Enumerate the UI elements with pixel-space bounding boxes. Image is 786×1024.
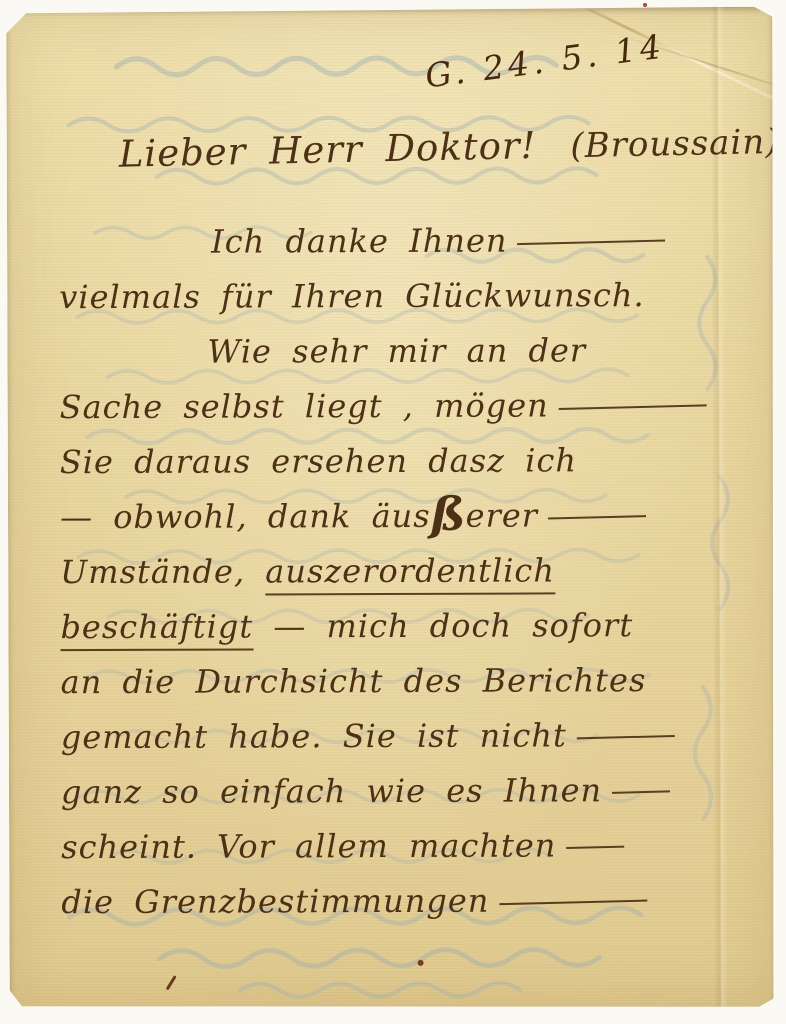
letter-text: Ich danke Ihnen bbox=[211, 222, 508, 261]
letter-text: ganz so einfach wie es Ihnen bbox=[61, 771, 602, 811]
pen-flourish bbox=[566, 846, 624, 849]
letter-page: G. 24. 5. 14 Lieber Herr Doktor!(Broussa… bbox=[6, 7, 775, 1010]
salutation-line: Lieber Herr Doktor!(Broussain) bbox=[118, 119, 780, 176]
letter-text: — obwohl, dank äus bbox=[60, 497, 431, 536]
letter-line: gemacht habe. Sie ist nicht bbox=[61, 708, 751, 765]
letter-text: — mich doch sofort bbox=[253, 606, 633, 645]
letter-line: Umstände, auszerordentlich bbox=[60, 543, 750, 600]
letter-text: an die Durchsicht des Berichtes bbox=[61, 661, 647, 701]
pen-flourish bbox=[499, 900, 647, 906]
letter-line: vielmals für Ihren Glückwunsch. bbox=[59, 268, 749, 325]
letter-line: Sie daraus ersehen dasz ich bbox=[60, 433, 750, 490]
letter-text: Wie sehr mir an der bbox=[207, 331, 586, 370]
pen-flourish bbox=[517, 239, 665, 245]
letter-text: scheint. Vor allem machten bbox=[61, 826, 556, 866]
letter-line: scheint. Vor allem machten bbox=[61, 818, 751, 875]
letter-text: vielmals für Ihren Glückwunsch. bbox=[59, 276, 645, 316]
letter-text: Sache selbst liegt , mögen bbox=[60, 386, 549, 426]
scan-background: G. 24. 5. 14 Lieber Herr Doktor!(Broussa… bbox=[0, 0, 786, 1024]
letter-text: Sie daraus ersehen dasz ich bbox=[60, 441, 577, 481]
ink-speck bbox=[166, 975, 177, 990]
letter-body: Ich danke Ihnenvielmals für Ihren Glückw… bbox=[59, 213, 751, 930]
pen-flourish bbox=[559, 404, 707, 410]
letter-date: G. 24. 5. 14 bbox=[423, 27, 667, 96]
letter-line: beschäftigt — mich doch sofort bbox=[60, 598, 750, 655]
salutation: Lieber Herr Doktor! bbox=[118, 124, 537, 176]
pen-flourish bbox=[612, 790, 670, 793]
letter-line: Wie sehr mir an der bbox=[59, 323, 749, 380]
letter-line: Sache selbst liegt , mögen bbox=[60, 378, 750, 435]
letter-text: erer bbox=[466, 496, 539, 534]
letter-line: an die Durchsicht des Berichtes bbox=[61, 653, 751, 710]
salutation-note: (Broussain) bbox=[570, 122, 780, 166]
letter-text: Umstände, bbox=[60, 552, 265, 591]
pen-flourish bbox=[577, 735, 675, 739]
pen-flourish bbox=[548, 515, 646, 519]
underlined-word: auszerordentlich bbox=[265, 551, 555, 595]
letter-line: Ich danke Ihnen bbox=[59, 213, 749, 270]
letter-line: die Grenzbestimmungen bbox=[61, 873, 751, 930]
letter-line: — obwohl, dank äusßerer bbox=[60, 488, 750, 545]
letter-text: die Grenzbestimmungen bbox=[61, 882, 489, 921]
letter-line: ganz so einfach wie es Ihnen bbox=[61, 763, 751, 820]
letter-text: gemacht habe. Sie ist nicht bbox=[61, 716, 567, 756]
underlined-word: beschäftigt bbox=[60, 607, 253, 651]
ink-speck bbox=[418, 960, 424, 966]
ink-speck bbox=[643, 3, 647, 7]
